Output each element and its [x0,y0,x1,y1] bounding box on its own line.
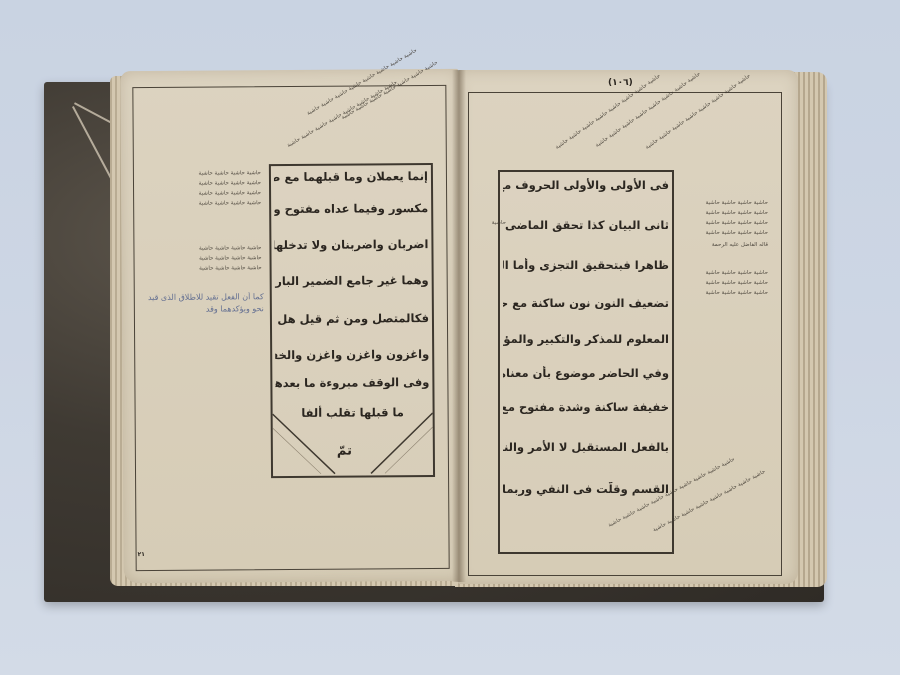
blue-ink-note: نحو ويؤكدهما وقد [144,304,264,314]
marginal-gloss: حاشية حاشية حاشية حاشية [142,255,262,262]
marginal-gloss: حاشية حاشية حاشية حاشية [141,245,261,252]
main-text-line: اضربان واضربنان ولا تدخلها الخفيفة خلافا… [274,237,428,252]
main-text-line: المعلوم للمذكر والتكبير والمؤنث والفاعل … [503,332,669,346]
book-gutter [452,70,466,582]
marginal-gloss: حاشية حاشية حاشية حاشية [141,170,261,177]
right-main-text-frame: فى الأولى والأولى الحروف مع كلا وتقديم ت… [498,170,674,554]
marginal-gloss: حاشية حاشية حاشية حاشية [141,180,261,187]
marginal-gloss: حاشية حاشية حاشية حاشية [668,200,768,206]
marginal-gloss: حاشية حاشية حاشية حاشية [141,190,261,197]
marginal-gloss: حاشية حاشية حاشية حاشية [142,265,262,272]
main-text-line: واغزون واغزن واغزن والخفيفة تحذف للساكن [275,347,429,362]
triangle-tailpiece-ornament [273,405,433,476]
main-text-line: ثانى البيان كذا تحقق الماضى أن السند إلي… [503,218,669,232]
main-text-line: فكالمتصل ومن ثم قيل هل ترين وتروين وترين [275,311,429,326]
main-text-line: إنما يعملان وما قبلهما مع ضمير المذكر مض… [274,169,428,184]
main-text-line: خفيفة ساكنة وشدة مفتوح مع غير الألف فحسب [503,400,669,414]
main-text-line: وفى الوقف مبروءة ما بعدها والمفتوح [275,375,429,390]
photo-scene: حاشية حاشية حاشية حاشية حاشية حاشية حاشي… [0,0,900,675]
marginal-gloss: حاشية حاشية حاشية حاشية [668,280,768,286]
right-page: (١٠٦) حاشية حاشية حاشية حاشية حاشية حاشي… [458,70,798,584]
footer-mark: ٢١ [138,551,145,558]
marginal-gloss: حاشية حاشية حاشية حاشية [668,210,768,216]
main-text-line: فى الأولى والأولى الحروف مع كلا وتقديم ت… [503,178,669,192]
main-text-line: وفي الحاضر موضوع بأن معناه الحاضر عن أن … [503,366,669,380]
main-text-line: بالفعل المستقبل لا الأمر والنهي لاستفهام… [503,440,669,454]
main-text-line: القسم وقلّت فى النفي وربما تحت القسم وكث… [503,482,669,496]
main-text-line: تضعيف النون نون ساكنة مع حركة الإعراب لل… [503,296,669,310]
marginal-gloss: حاشية حاشية حاشية حاشية [141,200,261,207]
page-number: (١٠٦) [608,78,633,88]
main-text-line: مكسور وفيما عداه مفتوح وتقول النون مع ال… [274,201,428,216]
main-text-line: ظاهرا فبتحقيق التجزى وأما الحال علامة ال… [503,258,669,272]
end-mark: تمّ [337,444,352,459]
marginal-gloss: حاشية حاشية حاشية حاشية [668,220,768,226]
left-page: حاشية حاشية حاشية حاشية حاشية حاشية حاشي… [120,69,462,583]
marginal-gloss: حاشية حاشية حاشية حاشية [668,270,768,276]
marginal-gloss: حاشية حاشية حاشية حاشية [668,230,768,236]
blue-ink-note: كما أن الفعل تقيد للاطلاق الذى قيد [144,292,264,302]
main-text-line: وهما غير جامع الضمير البارز كالمفصل فإن … [275,273,429,288]
marginal-gloss: حاشية حاشية حاشية حاشية [668,290,768,296]
left-main-text-frame: إنما يعملان وما قبلهما مع ضمير المذكر مض… [269,163,435,478]
marginal-gloss: قاله الفاضل عليه الرحمة [678,242,768,248]
